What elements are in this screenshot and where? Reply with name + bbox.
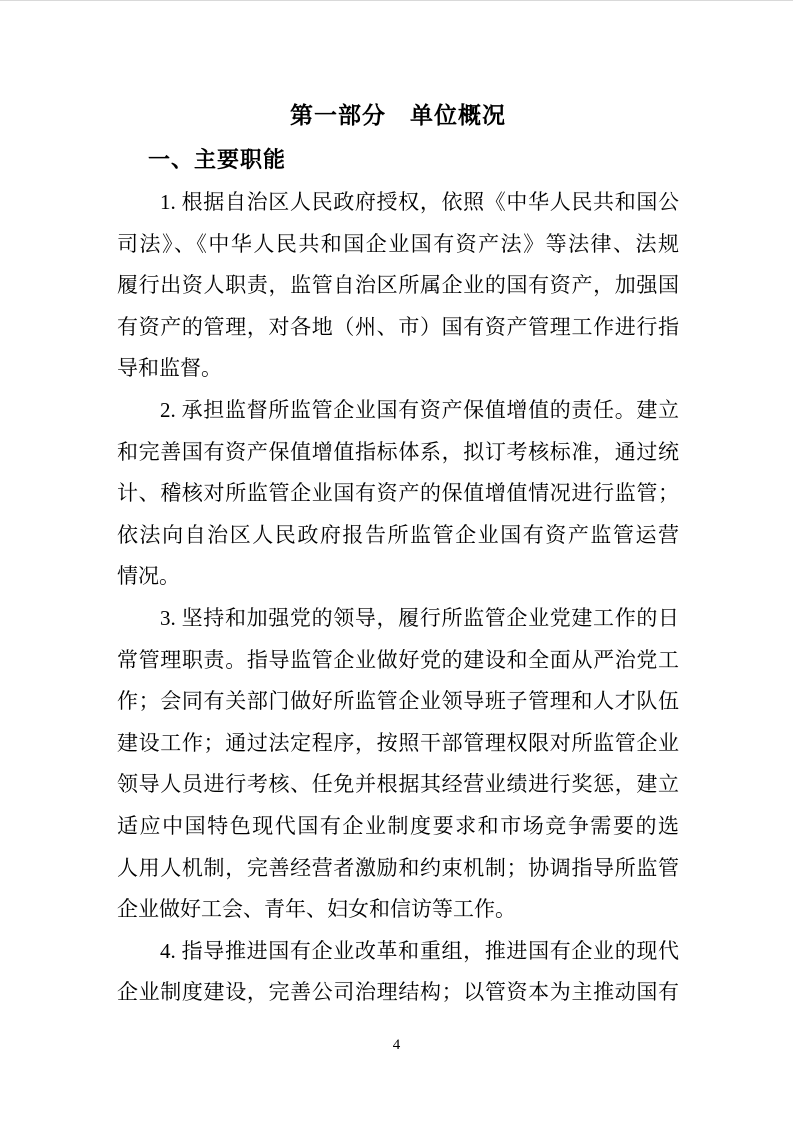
section-heading: 一、主要职能 <box>117 146 286 174</box>
paragraph: 1. 根据自治区人民政府授权，依照《中华人民共和国公司法》、《中华人民共和国企业… <box>117 182 679 390</box>
document-body: 1. 根据自治区人民政府授权，依照《中华人民共和国公司法》、《中华人民共和国企业… <box>117 182 679 1014</box>
text-line: 领导人员进行考核、任免并根据其经营业绩进行奖惩，建立 <box>117 764 679 806</box>
text-line: 有资产的管理，对各地（州、市）国有资产管理工作进行指 <box>117 307 679 349</box>
page-number: 4 <box>0 1035 793 1055</box>
text-line: 导和监督。 <box>117 348 679 390</box>
document-page: 第一部分 单位概况 一、主要职能 1. 根据自治区人民政府授权，依照《中华人民共… <box>0 0 793 1122</box>
text-line: 履行出资人职责，监管自治区所属企业的国有资产，加强国 <box>117 265 679 307</box>
text-line: 3. 坚持和加强党的领导，履行所监管企业党建工作的日 <box>117 598 679 640</box>
text-line: 建设工作；通过法定程序，按照干部管理权限对所监管企业 <box>117 723 679 765</box>
text-line: 和完善国有资产保值增值指标体系，拟订考核标准，通过统 <box>117 432 679 474</box>
paragraph: 3. 坚持和加强党的领导，履行所监管企业党建工作的日常管理职责。指导监管企业做好… <box>117 598 679 931</box>
text-line: 2. 承担监督所监管企业国有资产保值增值的责任。建立 <box>117 390 679 432</box>
text-line: 司法》、《中华人民共和国企业国有资产法》等法律、法规 <box>117 224 679 266</box>
text-line: 人用人机制，完善经营者激励和约束机制；协调指导所监管 <box>117 848 679 890</box>
text-line: 作；会同有关部门做好所监管企业领导班子管理和人才队伍 <box>117 681 679 723</box>
paragraph: 4. 指导推进国有企业改革和重组，推进国有企业的现代企业制度建设，完善公司治理结… <box>117 931 679 1014</box>
text-line: 情况。 <box>117 556 679 598</box>
text-line: 常管理职责。指导监管企业做好党的建设和全面从严治党工 <box>117 640 679 682</box>
paragraph: 2. 承担监督所监管企业国有资产保值增值的责任。建立和完善国有资产保值增值指标体… <box>117 390 679 598</box>
text-line: 计、稽核对所监管企业国有资产的保值增值情况进行监管； <box>117 473 679 515</box>
text-line: 4. 指导推进国有企业改革和重组，推进国有企业的现代 <box>117 931 679 973</box>
part-title: 第一部分 单位概况 <box>117 100 679 130</box>
text-line: 企业做好工会、青年、妇女和信访等工作。 <box>117 889 679 931</box>
text-line: 企业制度建设，完善公司治理结构；以管资本为主推动国有 <box>117 972 679 1014</box>
text-line: 1. 根据自治区人民政府授权，依照《中华人民共和国公 <box>117 182 679 224</box>
text-line: 依法向自治区人民政府报告所监管企业国有资产监管运营 <box>117 515 679 557</box>
text-line: 适应中国特色现代国有企业制度要求和市场竞争需要的选 <box>117 806 679 848</box>
